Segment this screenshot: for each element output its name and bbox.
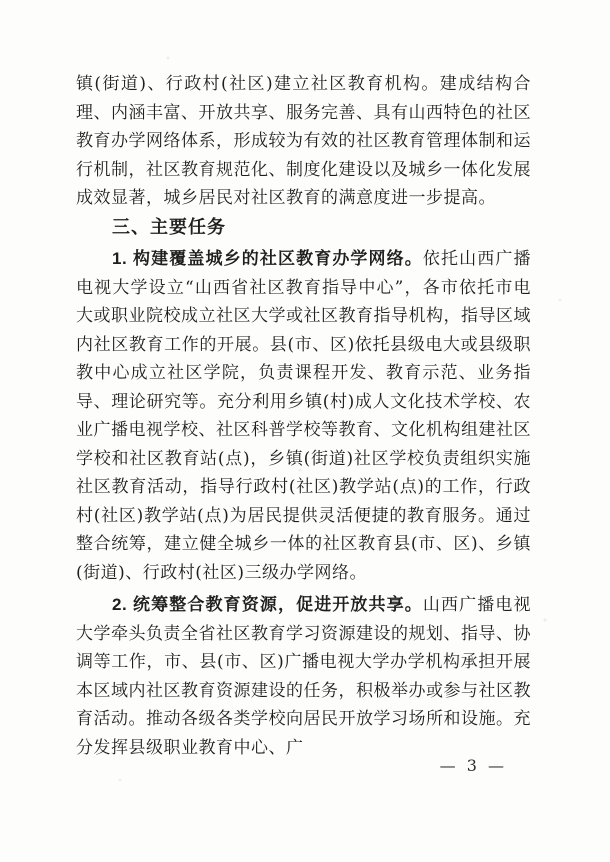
intro-paragraph: 镇(街道)、行政村(社区)建立社区教育机构。建成结构合理、内涵丰富、开放共享、服… xyxy=(76,70,531,213)
task-paragraph-2: 2. 统筹整合教育资源，促进开放共享。山西广播电视大学牵头负责全省社区教育学习资… xyxy=(76,591,531,762)
document-body: 镇(街道)、行政村(社区)建立社区教育机构。建成结构合理、内涵丰富、开放共享、服… xyxy=(76,70,531,762)
page-number: — 3 — xyxy=(440,756,507,775)
task-2-lead: 2. 统筹整合教育资源，促进开放共享。 xyxy=(112,595,423,614)
scanned-document-page: 镇(街道)、行政村(社区)建立社区教育机构。建成结构合理、内涵丰富、开放共享、服… xyxy=(0,0,610,862)
task-1-lead: 1. 构建覆盖城乡的社区教育办学网络。 xyxy=(112,249,423,268)
task-2-body: 山西广播电视大学牵头负责全省社区教育学习资源建设的规划、指导、协调等工作，市、县… xyxy=(76,595,531,758)
section-heading: 三、主要任务 xyxy=(76,213,531,242)
task-paragraph-1: 1. 构建覆盖城乡的社区教育办学网络。依托山西广播电视大学设立“山西省社区教育指… xyxy=(76,245,531,587)
task-1-body: 依托山西广播电视大学设立“山西省社区教育指导中心”，各市依托市电大或职业院校成立… xyxy=(76,249,531,583)
